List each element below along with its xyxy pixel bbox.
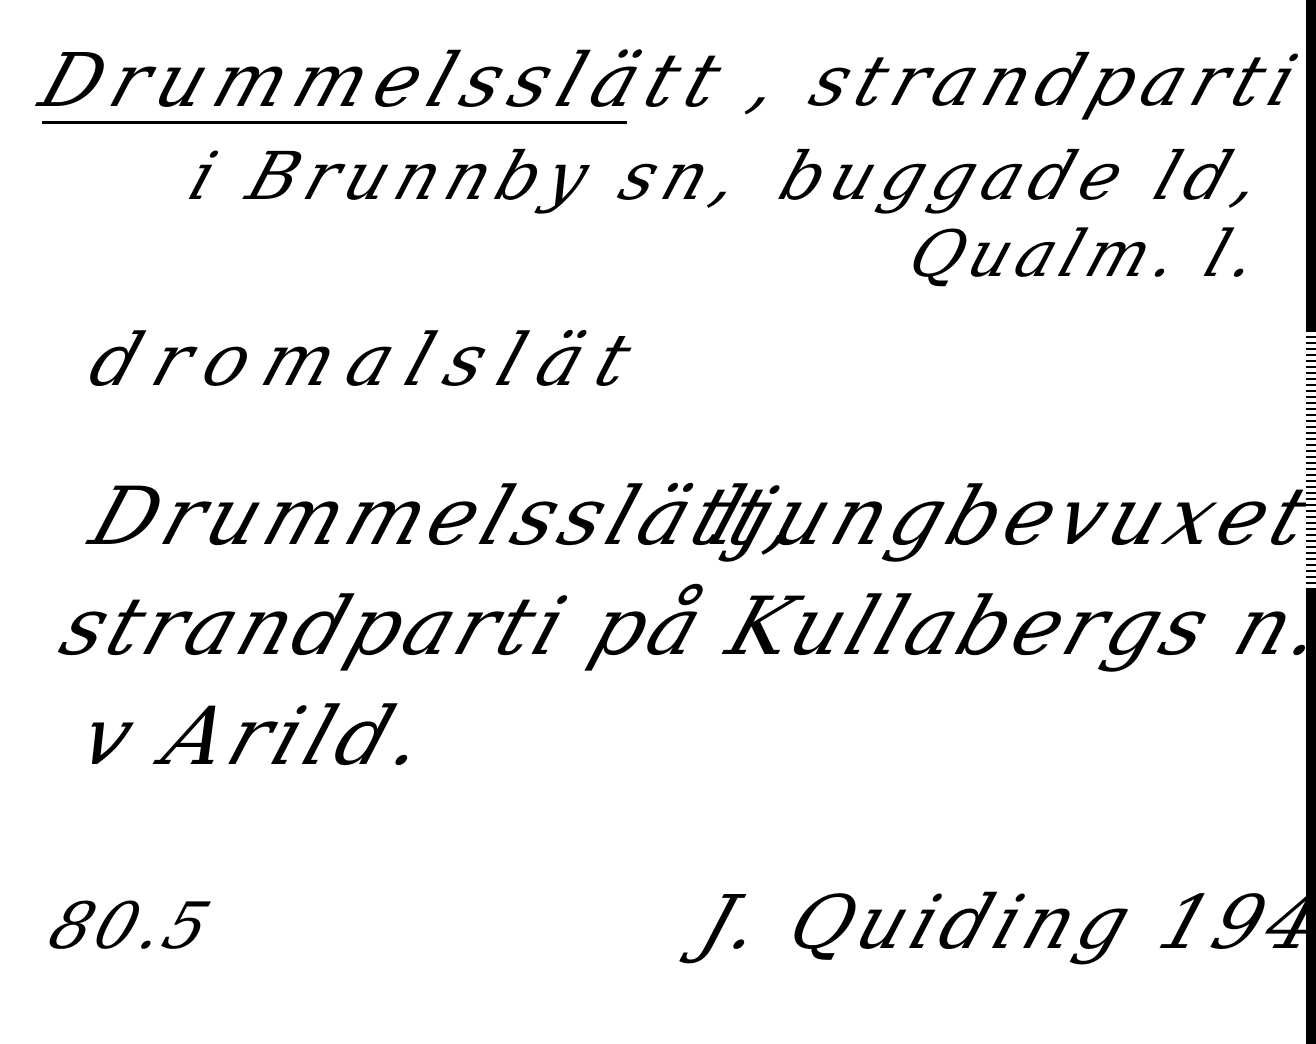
- signature: J. Quiding 1946.: [690, 880, 1316, 966]
- index-card: Drummelsslätt , strandparti i Brunnby sn…: [0, 0, 1316, 1044]
- description-line1-continuation: ljungbevuxet: [700, 470, 1316, 563]
- header-line1-continuation: , strandparti: [740, 40, 1315, 122]
- reference-number: 80.5: [40, 890, 223, 964]
- header-line2-continuation: buggade ld,: [770, 138, 1278, 215]
- description-line3: v Arild.: [70, 690, 443, 783]
- scan-edge-gap: [1306, 330, 1316, 590]
- phonetic-transcription: dromalslät: [80, 318, 657, 402]
- header-line3: Qualm. l.: [900, 218, 1273, 292]
- headword: Drummelsslätt: [30, 38, 741, 124]
- header-line2: i Brunnby sn,: [180, 138, 757, 215]
- description-line2: strandparti på Kullabergs n. sida: [50, 580, 1316, 673]
- headword-underline: [42, 121, 627, 124]
